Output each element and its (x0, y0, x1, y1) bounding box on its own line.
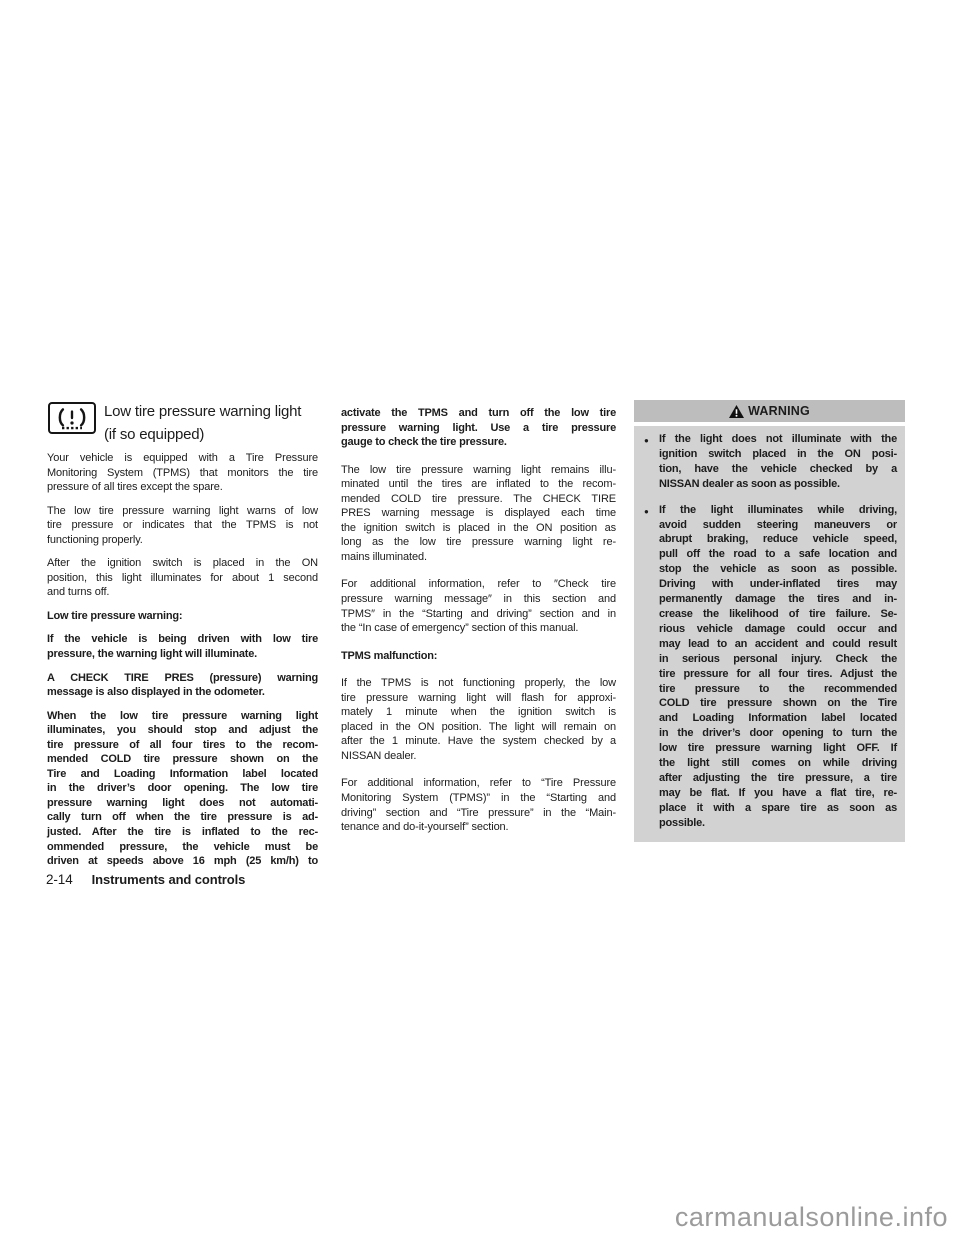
text-line: and turns off. (47, 585, 318, 600)
warning-body: ●If the light does not illuminate with t… (634, 426, 905, 842)
text-line: the “In case of emergency” section of th… (341, 621, 616, 636)
text-line: COLD tire pressure shown on the Tire (659, 696, 897, 711)
page-title-line1: Low tire pressure warning light (104, 400, 344, 423)
text-line: PRES warning message is displayed each t… (341, 506, 616, 521)
text-line: After the ignition switch is placed in t… (47, 556, 318, 571)
text-line: low tire pressure warning light OFF. If (659, 741, 897, 756)
text-line: driving” section and “Tire pressure” in … (341, 806, 616, 821)
tpms-warning-light-glyph (52, 406, 92, 431)
warning-bullet-item: ●If the light illuminates while driving,… (644, 503, 897, 831)
text-line: Your vehicle is equipped with a Tire Pre… (47, 451, 318, 466)
text-line: Tire and Loading Information label locat… (47, 767, 318, 782)
text-line: For additional information, refer to ″Ch… (341, 577, 616, 592)
warning-header-label: WARNING (748, 404, 810, 418)
bullet-text: If the light does not illuminate with th… (659, 432, 897, 492)
text-line: ignition switch placed in the ON posi- (659, 447, 897, 462)
text-line: stop the vehicle as soon as possible. (659, 562, 897, 577)
warning-triangle-icon (729, 405, 744, 418)
text-line: NISSAN dealer as soon as possible. (659, 477, 897, 492)
text-line: in the driver’s door opening. The low ti… (47, 781, 318, 796)
text-line: tire pressure warning light will flash f… (341, 691, 616, 706)
text-paragraph: For additional information, refer to ″Ch… (341, 577, 616, 635)
text-line: tire pressure or indicates that the TPMS… (47, 518, 318, 533)
text-line: pressure, the warning light will illumin… (47, 647, 318, 662)
text-paragraph: If the vehicle is being driven with low … (47, 632, 318, 661)
text-paragraph: After the ignition switch is placed in t… (47, 556, 318, 600)
bullet-dot-icon: ● (644, 503, 659, 831)
text-line: avoid sudden steering maneuvers or (659, 518, 897, 533)
text-line: When the low tire pressure warning light (47, 709, 318, 724)
text-line: tire pressure of all four tires to the r… (47, 738, 318, 753)
text-line: ommended pressure, the vehicle must be (47, 840, 318, 855)
text-paragraph: Your vehicle is equipped with a Tire Pre… (47, 451, 318, 495)
text-line: possible. (659, 816, 897, 831)
text-paragraph: If the light does not illuminate with th… (659, 432, 897, 492)
text-line: If the light illuminates while driving, (659, 503, 897, 518)
text-line: For additional information, refer to “Ti… (341, 776, 616, 791)
text-paragraph: Low tire pressure warning: (47, 609, 318, 624)
text-line: mains illuminated. (341, 550, 616, 565)
text-line: pressure warning light. Use a tire press… (341, 421, 616, 436)
page-footer: 2-14 Instruments and controls (46, 872, 245, 887)
text-line: tenance and do-it-yourself” section. (341, 820, 616, 835)
text-column-left: Your vehicle is equipped with a Tire Pre… (47, 451, 318, 878)
text-line: abrupt braking, reduce vehicle speed, (659, 532, 897, 547)
text-paragraph: If the light illuminates while driving,a… (659, 503, 897, 831)
text-line: TPMS malfunction: (341, 649, 616, 664)
text-line: after adjusting the tire pressure, a tir… (659, 771, 897, 786)
text-line: after the 1 minute. Have the system chec… (341, 734, 616, 749)
text-paragraph: When the low tire pressure warning light… (47, 709, 318, 869)
text-paragraph: For additional information, refer to “Ti… (341, 776, 616, 834)
text-line: The low tire pressure warning light rema… (341, 463, 616, 478)
text-line: Monitoring System (TPMS)” in the “Starti… (341, 791, 616, 806)
text-line: NISSAN dealer. (341, 749, 616, 764)
text-line: placed in the ON position. The light wil… (341, 720, 616, 735)
watermark: carmanualsonline.info (675, 1202, 948, 1233)
text-line: cally turn off when the tire pressure is… (47, 810, 318, 825)
bullet-dot-icon: ● (644, 432, 659, 492)
text-line: Low tire pressure warning: (47, 609, 318, 624)
text-line: If the light does not illuminate with th… (659, 432, 897, 447)
text-line: TPMS″ in the “Starting and driving” sect… (341, 607, 616, 622)
text-line: functioning properly. (47, 533, 318, 548)
text-paragraph: TPMS malfunction: (341, 649, 616, 664)
text-line: tion, have the vehicle checked by a (659, 462, 897, 477)
text-line: long as the low tire pressure warning li… (341, 535, 616, 550)
text-line: mended COLD tire pressure. The CHECK TIR… (341, 492, 616, 507)
text-line: If the TPMS is not functioning properly,… (341, 676, 616, 691)
text-paragraph: The low tire pressure warning light rema… (341, 463, 616, 565)
text-line: pull off the road to a safe location and (659, 547, 897, 562)
text-line: may lead to an accident and could result (659, 637, 897, 652)
text-line: permanently damage the tires and in- (659, 592, 897, 607)
text-line: mended COLD tire pressure shown on the (47, 752, 318, 767)
warning-box: WARNING ●If the light does not illuminat… (634, 400, 905, 842)
text-line: If the vehicle is being driven with low … (47, 632, 318, 647)
text-line: Monitoring System (TPMS) that monitors t… (47, 466, 318, 481)
text-line: the light still comes on while driving (659, 756, 897, 771)
page-title: Low tire pressure warning light (if so e… (104, 400, 344, 446)
text-line: position, this light illuminates for abo… (47, 571, 318, 586)
text-line: mately 1 minute when the ignition switch… (341, 705, 616, 720)
text-line: driven at speeds above 16 mph (25 km/h) … (47, 854, 318, 869)
text-line: tire pressure to the recommended (659, 682, 897, 697)
text-paragraph: The low tire pressure warning light warn… (47, 504, 318, 548)
text-line: pressure warning light does not automati… (47, 796, 318, 811)
text-line: Driving with under-inflated tires may (659, 577, 897, 592)
text-line: tire pressure for all four tires. Adjust… (659, 667, 897, 682)
warning-bullet-item: ●If the light does not illuminate with t… (644, 432, 897, 492)
text-line: A CHECK TIRE PRES (pressure) warning (47, 671, 318, 686)
manual-page: Low tire pressure warning light (if so e… (0, 0, 960, 1242)
text-paragraph: A CHECK TIRE PRES (pressure) warningmess… (47, 671, 318, 700)
text-line: minated until the tires are inflated to … (341, 477, 616, 492)
page-title-line2: (if so equipped) (104, 423, 344, 446)
warning-header: WARNING (634, 400, 905, 422)
text-paragraph: If the TPMS is not functioning properly,… (341, 676, 616, 763)
text-line: in serious personal injury. Check the (659, 652, 897, 667)
tpms-warning-light-icon (48, 402, 96, 434)
text-line: crease the likelihood of tire failure. S… (659, 607, 897, 622)
text-line: justed. After the tire is inflated to th… (47, 825, 318, 840)
text-line: the ignition switch is placed in the ON … (341, 521, 616, 536)
text-line: and Loading Information label located (659, 711, 897, 726)
text-line: pressure warning message″ in this sectio… (341, 592, 616, 607)
bullet-text: If the light illuminates while driving,a… (659, 503, 897, 831)
text-line: message is also displayed in the odomete… (47, 685, 318, 700)
text-line: activate the TPMS and turn off the low t… (341, 406, 616, 421)
text-line: The low tire pressure warning light warn… (47, 504, 318, 519)
footer-section-title: Instruments and controls (92, 872, 246, 887)
text-line: in the driver’s door opening to turn the (659, 726, 897, 741)
text-line: pressure of all tires except the spare. (47, 480, 318, 495)
footer-page-number: 2-14 (46, 872, 73, 887)
text-line: illuminates, you should stop and adjust … (47, 723, 318, 738)
text-column-middle: activate the TPMS and turn off the low t… (341, 406, 616, 848)
text-line: place it with a spare tire as soon as (659, 801, 897, 816)
text-line: may be flat. If you have a flat tire, re… (659, 786, 897, 801)
text-paragraph: activate the TPMS and turn off the low t… (341, 406, 616, 450)
text-line: gauge to check the tire pressure. (341, 435, 616, 450)
text-line: rious vehicle damage could occur and (659, 622, 897, 637)
